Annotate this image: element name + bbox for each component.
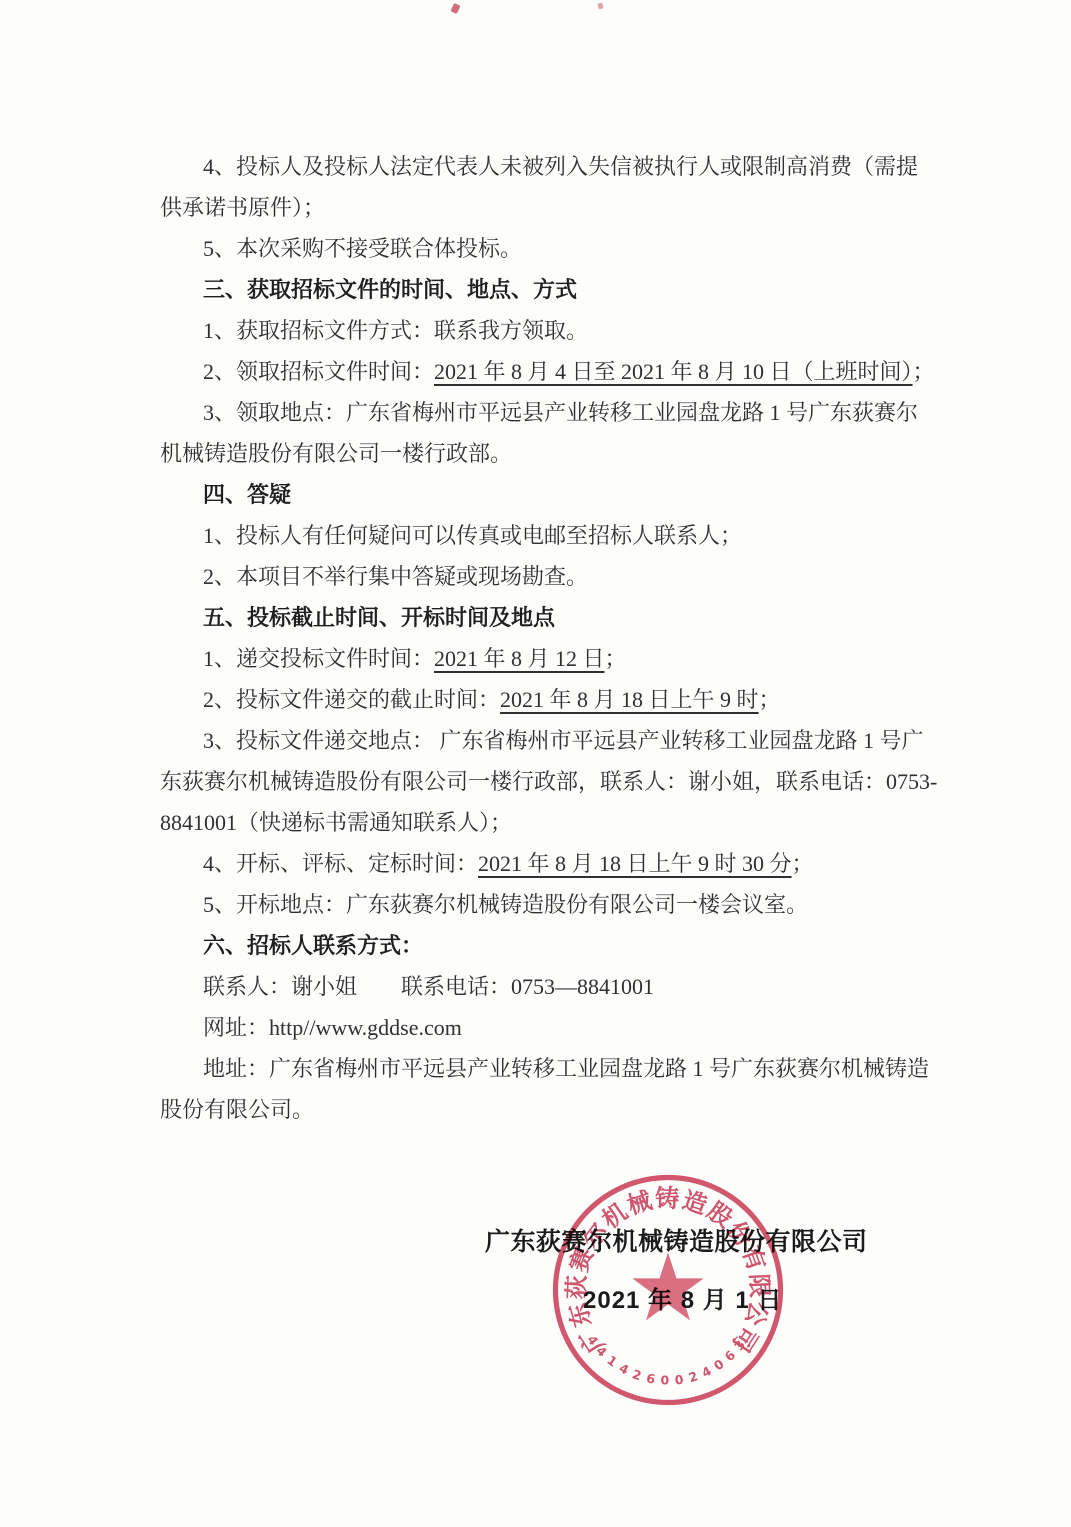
text-segment: 4、投标人及投标人法定代表人未被列入失信被执行人或限制高消费（需提 [203,154,918,179]
doc-line: 地址：广东省梅州市平远县产业转移工业园盘龙路 1 号广东荻赛尔机械铸造 [160,1048,935,1089]
text-segment: 5、开标地点：广东荻赛尔机械铸造股份有限公司一楼会议室。 [203,892,808,917]
doc-line: 供承诺书原件）； [160,187,935,228]
doc-line: 5、本次采购不接受联合体投标。 [160,228,935,269]
doc-line: 东荻赛尔机械铸造股份有限公司一楼行政部，联系人：谢小姐，联系电话：0753- [160,761,935,802]
doc-line: 2、投标文件递交的截止时间：2021 年 8 月 18 日上午 9 时； [160,679,935,720]
text-segment: 4、开标、评标、定标时间： [203,851,478,876]
text-segment: 5、本次采购不接受联合体投标。 [203,236,522,261]
underlined-date: 2021 年 8 月 12 日 [434,646,605,671]
doc-line: 1、投标人有任何疑问可以传真或电邮至招标人联系人； [160,515,935,556]
doc-line: 3、领取地点：广东省梅州市平远县产业转移工业园盘龙路 1 号广东荻赛尔 [160,392,935,433]
text-segment: 股份有限公司。 [160,1097,314,1122]
section-heading-line: 六、招标人联系方式： [160,925,935,966]
text-segment: ； [913,359,935,384]
doc-line: 4、开标、评标、定标时间：2021 年 8 月 18 日上午 9 时 30 分； [160,843,935,884]
text-segment: 2、领取招标文件时间： [203,359,434,384]
text-segment: 三、获取招标文件的时间、地点、方式 [203,277,577,302]
doc-line: 股份有限公司。 [160,1089,935,1130]
text-segment: 3、投标文件递交地点： 广东省梅州市平远县产业转移工业园盘龙路 1 号广 [203,728,924,753]
doc-line: 联系人：谢小姐 联系电话：0753—8841001 [160,966,935,1007]
doc-line: 1、获取招标文件方式：联系我方领取。 [160,310,935,351]
doc-line: 2、领取招标文件时间：2021 年 8 月 4 日至 2021 年 8 月 10… [160,351,935,392]
text-segment: 供承诺书原件）； [160,195,325,220]
underlined-date: 2021 年 8 月 18 日上午 9 时 [500,687,759,712]
doc-line: 2、本项目不举行集中答疑或现场勘查。 [160,556,935,597]
doc-line: 8841001（快递标书需通知联系人）； [160,802,935,843]
text-segment: 3、领取地点：广东省梅州市平远县产业转移工业园盘龙路 1 号广东荻赛尔 [203,400,918,425]
document-body: 4、投标人及投标人法定代表人未被列入失信被执行人或限制高消费（需提供承诺书原件）… [160,146,935,1130]
text-segment: ； [759,687,781,712]
seal-serial-arc: 4414260024063 [584,1332,752,1388]
text-segment: 网址：http//www.gddse.com [203,1015,462,1040]
doc-line: 网址：http//www.gddse.com [160,1007,935,1048]
section-heading-line: 三、获取招标文件的时间、地点、方式 [160,269,935,310]
text-segment: 六、招标人联系方式： [203,933,423,958]
doc-line: 3、投标文件递交地点： 广东省梅州市平远县产业转移工业园盘龙路 1 号广 [160,720,935,761]
seal-star [632,1253,703,1321]
doc-line: 5、开标地点：广东荻赛尔机械铸造股份有限公司一楼会议室。 [160,884,935,925]
text-segment: 机械铸造股份有限公司一楼行政部。 [160,441,512,466]
scan-artifact-speck [450,3,460,14]
text-segment: 四、答疑 [203,482,291,507]
text-segment: ； [605,646,627,671]
text-segment: 1、获取招标文件方式：联系我方领取。 [203,318,588,343]
section-heading-line: 四、答疑 [160,474,935,515]
company-seal: 广东荻赛尔机械铸造股份有限公司 4414260024063 [543,1165,793,1415]
text-segment: 五、投标截止时间、开标时间及地点 [203,605,555,630]
doc-line: 4、投标人及投标人法定代表人未被列入失信被执行人或限制高消费（需提 [160,146,935,187]
text-segment: 2、本项目不举行集中答疑或现场勘查。 [203,564,588,589]
text-segment: 1、投标人有任何疑问可以传真或电邮至招标人联系人； [203,523,742,548]
underlined-date: 2021 年 8 月 4 日至 2021 年 8 月 10 日（上班时间） [434,359,913,384]
seal-serial-number: 4414260024063 [584,1332,752,1388]
document-page: 4、投标人及投标人法定代表人未被列入失信被执行人或限制高消费（需提供承诺书原件）… [0,0,1071,1527]
doc-line: 1、递交投标文件时间：2021 年 8 月 12 日； [160,638,935,679]
text-segment: 1、递交投标文件时间： [203,646,434,671]
underlined-date: 2021 年 8 月 18 日上午 9 时 30 分 [478,851,792,876]
section-heading-line: 五、投标截止时间、开标时间及地点 [160,597,935,638]
text-segment: 联系人：谢小姐 联系电话：0753—8841001 [203,974,654,999]
text-segment: 2、投标文件递交的截止时间： [203,687,500,712]
text-segment: 8841001（快递标书需通知联系人）； [160,810,512,835]
doc-line: 机械铸造股份有限公司一楼行政部。 [160,433,935,474]
text-segment: 地址：广东省梅州市平远县产业转移工业园盘龙路 1 号广东荻赛尔机械铸造 [203,1056,929,1081]
text-segment: ； [792,851,814,876]
scan-artifact-speck [597,2,603,9]
text-segment: 东荻赛尔机械铸造股份有限公司一楼行政部，联系人：谢小姐，联系电话：0753- [160,769,937,794]
